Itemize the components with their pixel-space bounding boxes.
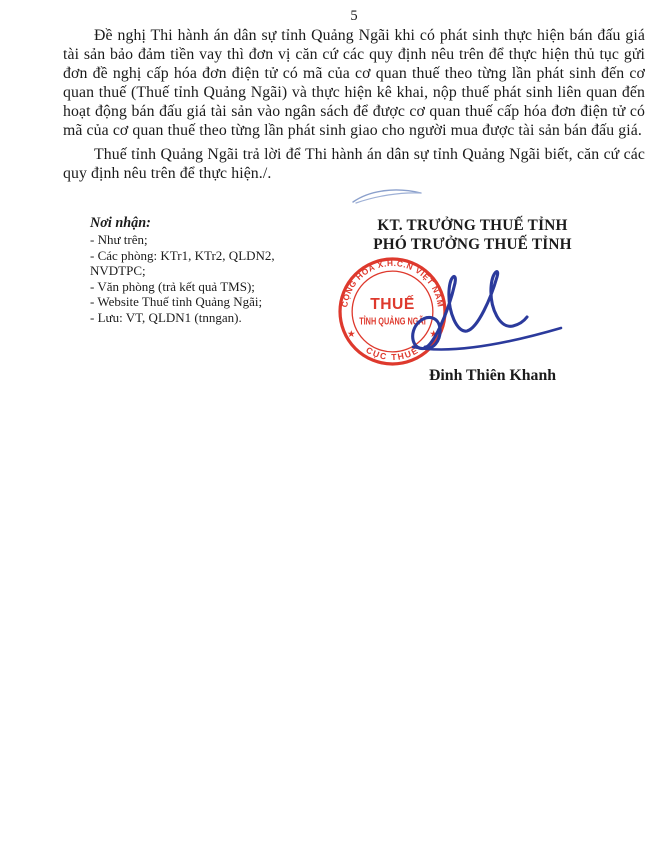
signer-name: Đinh Thiên Khanh	[410, 366, 575, 385]
recipients-title: Nơi nhận:	[90, 215, 325, 231]
stamp-star-left-icon: ★	[347, 329, 356, 340]
pen-flourish-mark	[350, 183, 430, 209]
recipients-block: Nơi nhận: - Như trên; - Các phòng: KTr1,…	[90, 215, 325, 326]
recipients-item: - Văn phòng (trả kết quả TMS);	[90, 279, 325, 295]
signer-title-line1: KT. TRƯỞNG THUẾ TỈNH	[300, 216, 645, 235]
page-number: 5	[63, 7, 645, 25]
paragraph-1: Đề nghị Thi hành án dân sự tỉnh Quảng Ng…	[63, 26, 645, 140]
document-page: 5 Đề nghị Thi hành án dân sự tỉnh Quảng …	[0, 0, 667, 862]
footer-row: Nơi nhận: - Như trên; - Các phòng: KTr1,…	[0, 215, 667, 415]
handwritten-signature	[408, 266, 566, 354]
recipients-item: - Website Thuế tỉnh Quảng Ngãi;	[90, 294, 325, 310]
body-text: Đề nghị Thi hành án dân sự tỉnh Quảng Ng…	[63, 26, 645, 188]
signer-title-line2: PHÓ TRƯỞNG THUẾ TỈNH	[300, 235, 645, 254]
recipients-item: - Lưu: VT, QLDN1 (tnngan).	[90, 310, 325, 326]
recipients-item: - Các phòng: KTr1, KTr2, QLDN2, NVDTPC;	[90, 248, 325, 279]
recipients-item: - Như trên;	[90, 232, 325, 248]
signature-block: KT. TRƯỞNG THUẾ TỈNH PHÓ TRƯỞNG THUẾ TỈN…	[300, 216, 645, 401]
paragraph-2: Thuế tỉnh Quảng Ngãi trả lời để Thi hành…	[63, 145, 645, 183]
